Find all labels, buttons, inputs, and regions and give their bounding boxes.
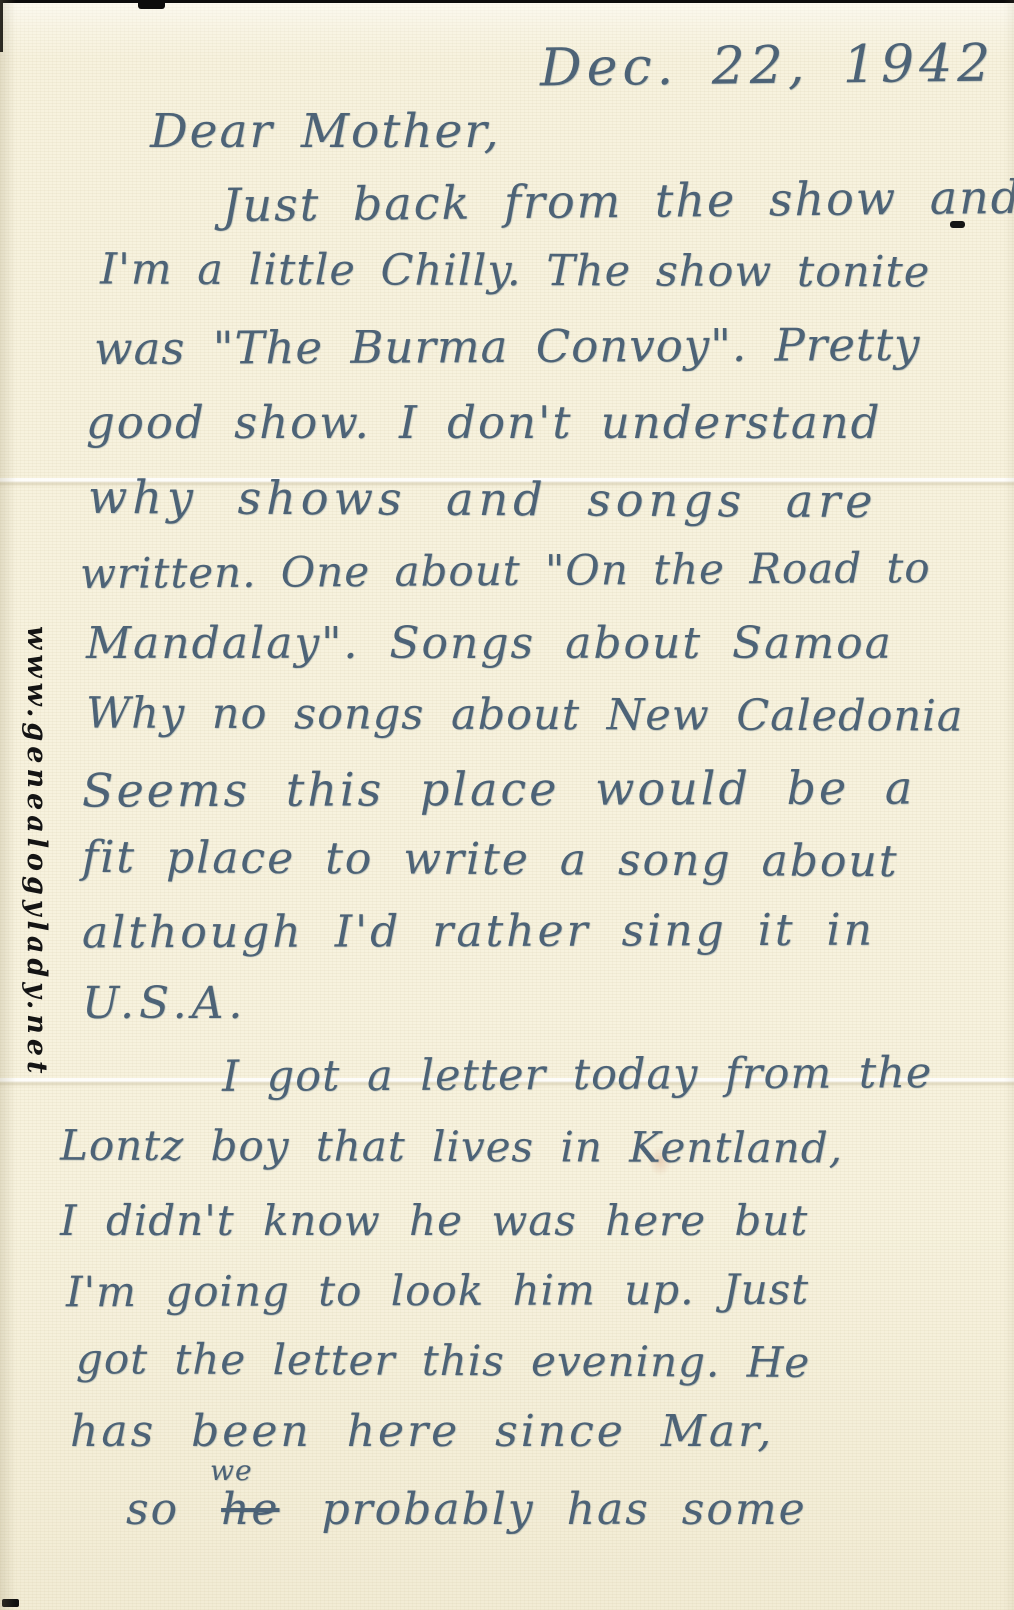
handwriting-line: has been here since Mar,: [70, 1408, 774, 1456]
letter-scan: www.genealogylady.net Dec. 22, 1942 Dear…: [0, 0, 1014, 1610]
handwriting-line: got the letter this evening. He: [76, 1336, 810, 1386]
handwriting-line: I didn't know he was here but: [60, 1198, 808, 1244]
last-line-struck-word: he: [221, 1484, 279, 1535]
handwriting-line: I'm going to look him up. Just: [66, 1267, 809, 1316]
handwriting-line: Why no songs about New Caledonia: [86, 690, 964, 740]
scan-edge-notch: [138, 0, 165, 9]
watermark: www.genealogylady.net: [21, 626, 52, 1079]
handwriting-line: Mandalay". Songs about Samoa: [86, 620, 893, 668]
handwriting-line: Seems this place would be a: [82, 763, 915, 817]
scan-speck-bottom: [2, 1599, 19, 1607]
handwriting-line: good show. I don't understand: [86, 398, 881, 448]
handwriting-line: Just back from the show and: [222, 172, 1014, 231]
handwriting-line: I'm a little Chilly. The show tonite: [100, 247, 930, 297]
last-line-prefix: so: [126, 1484, 179, 1535]
handwriting-line: although I'd rather sing it in: [82, 907, 875, 958]
handwriting-line: was "The Burma Convoy". Pretty: [94, 320, 921, 374]
handwriting-line: fit place to write a song about: [82, 834, 899, 887]
letter-salutation: Dear Mother,: [150, 106, 501, 158]
handwriting-line: Lontz boy that lives in Kentland,: [60, 1123, 843, 1172]
handwriting-line-last: so he we probably has some: [126, 1486, 807, 1534]
handwriting-line: U.S.A.: [82, 980, 247, 1028]
last-line-rest: probably has some: [321, 1484, 806, 1535]
last-line-inserted-word: we: [210, 1456, 253, 1487]
handwriting-line: written. One about "On the Road to: [80, 545, 931, 597]
handwriting-line: why shows and songs are: [88, 472, 878, 527]
handwriting-line: I got a letter today from the: [222, 1050, 933, 1101]
letter-date: Dec. 22, 1942: [540, 36, 996, 98]
scan-edge-left: [0, 0, 3, 52]
